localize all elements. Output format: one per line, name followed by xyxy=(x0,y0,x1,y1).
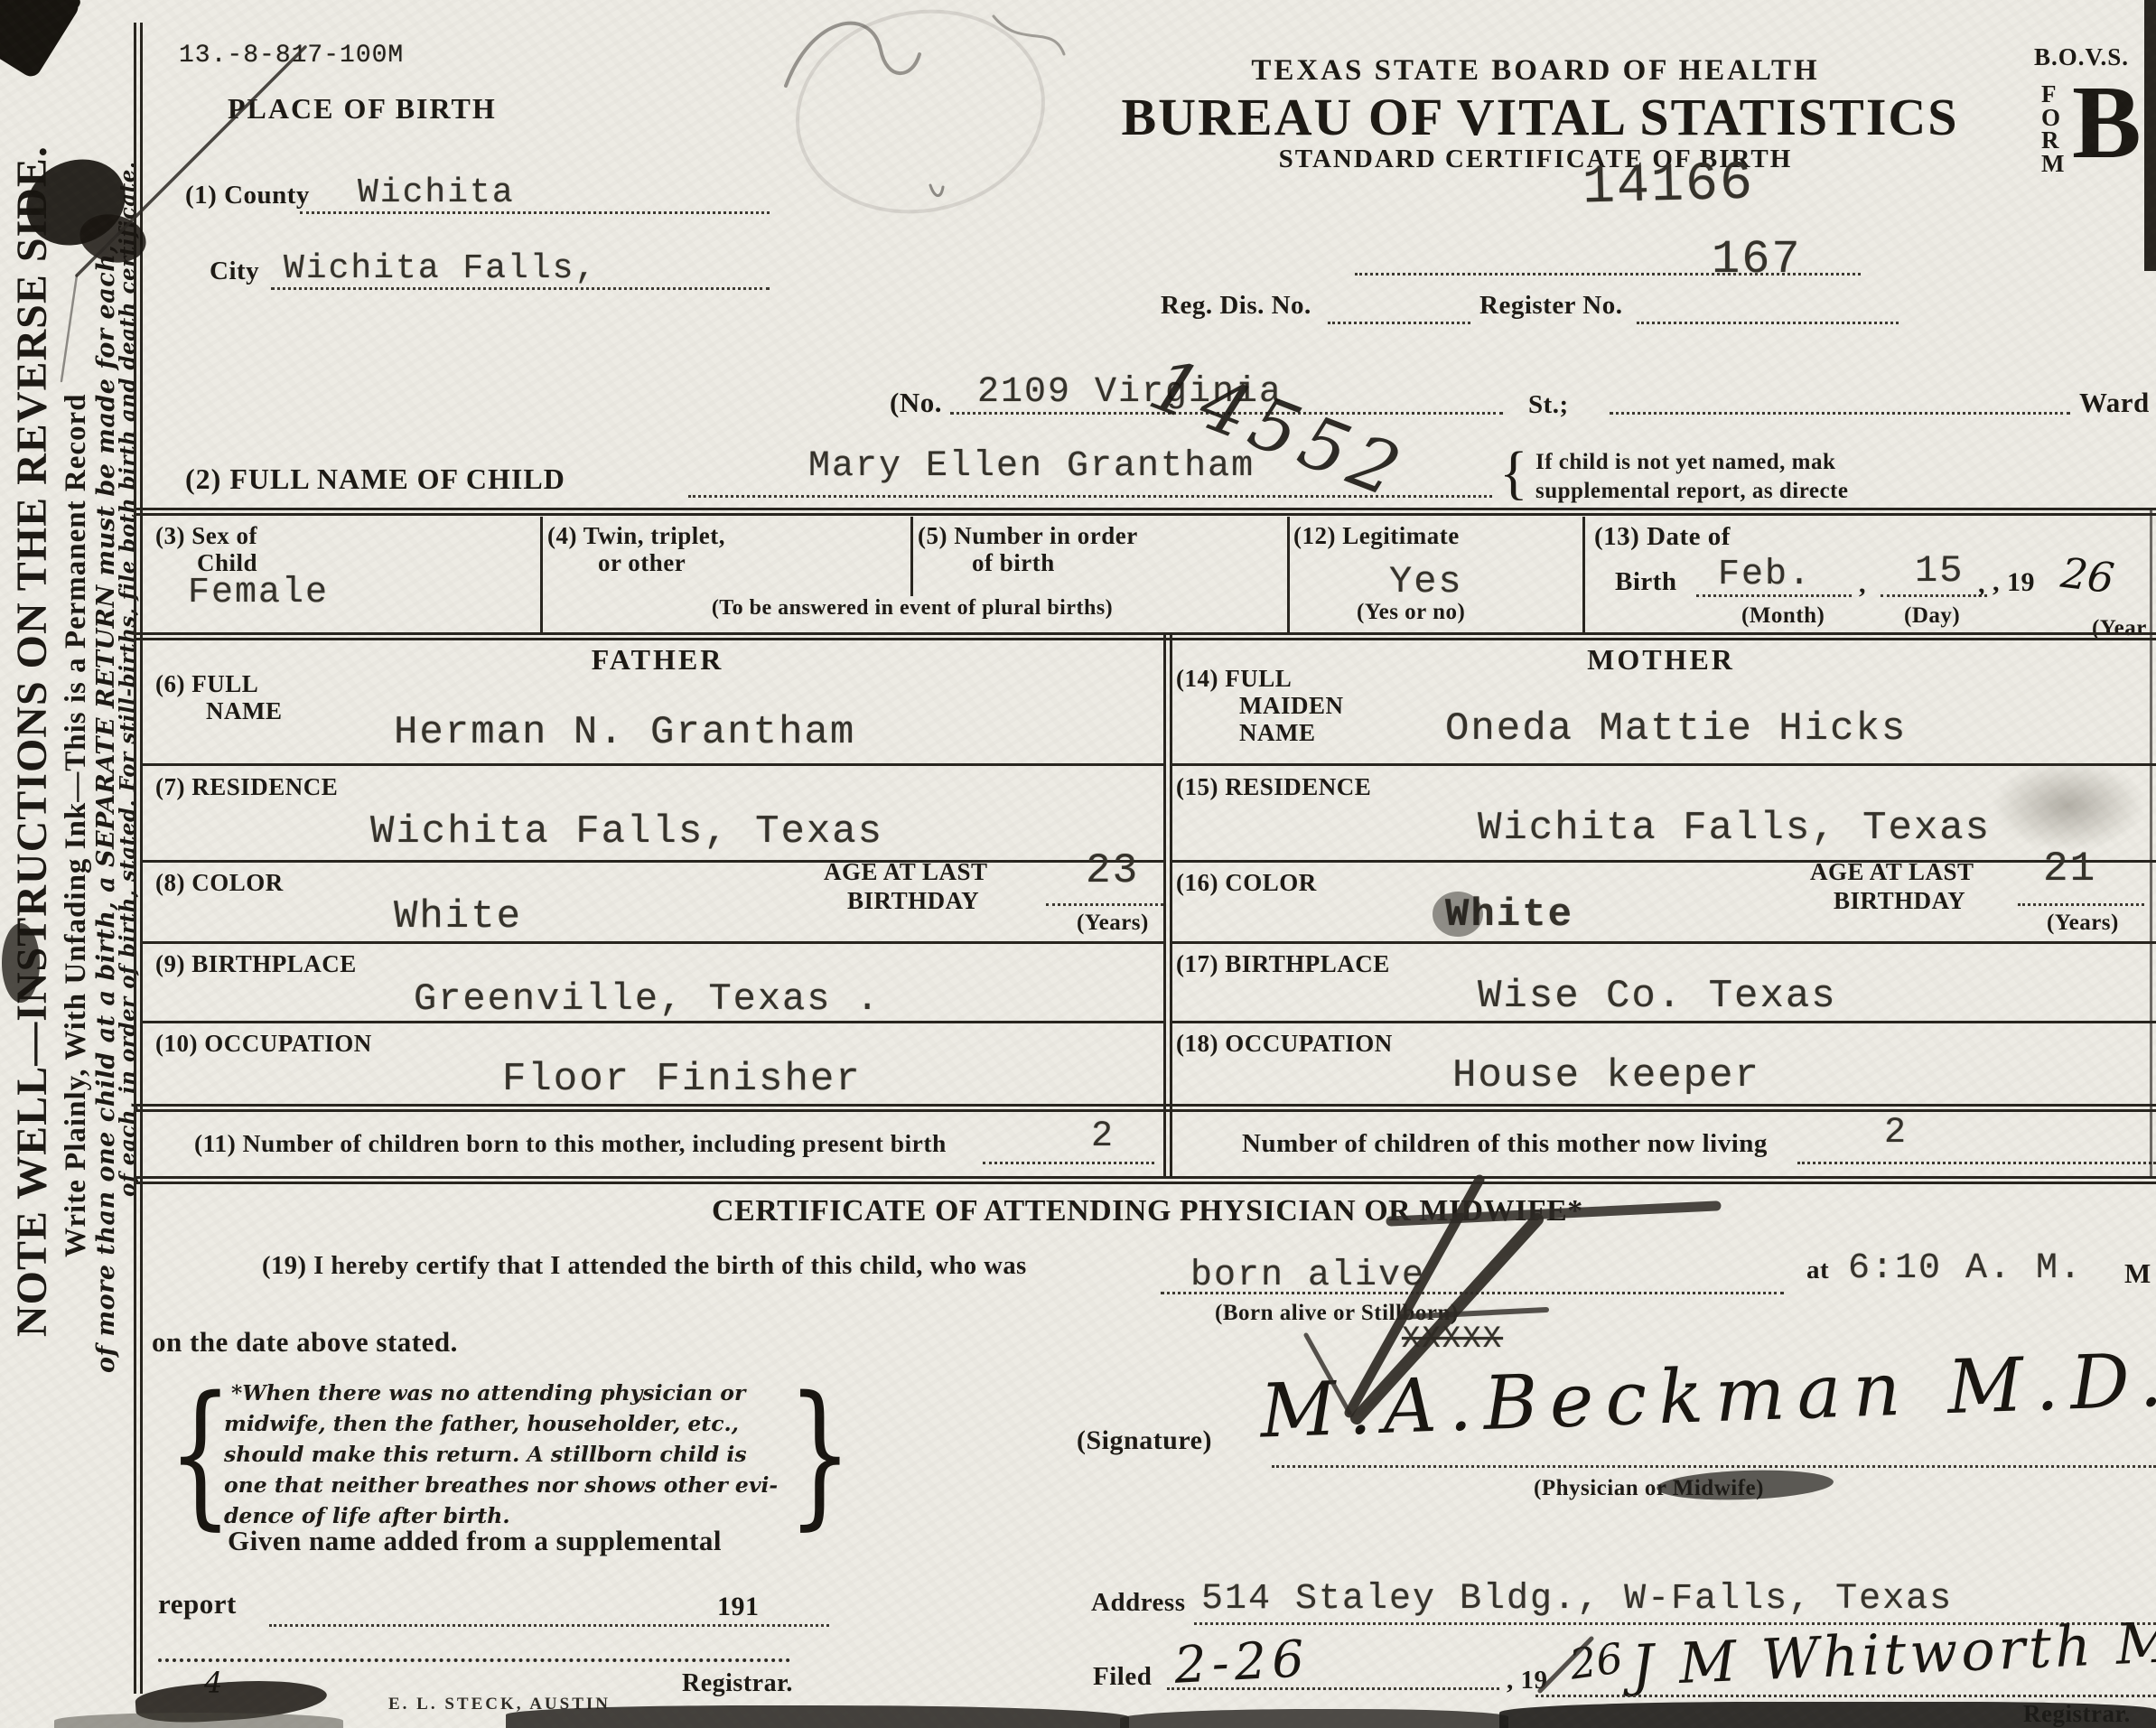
mother-residence-value: Wichita Falls, Texas xyxy=(1478,806,1991,851)
register-no-value: 167 xyxy=(1712,233,1802,286)
header-bureau: BUREAU OF VITAL STATISTICS xyxy=(1039,87,2041,147)
physician-or-midwife-note: (Physician or Midwife) xyxy=(1534,1476,1764,1501)
registrar-right-line xyxy=(1535,1695,2156,1697)
street-handwritten-number: 14552 xyxy=(1139,341,1417,515)
time-value: 6:10 A. M. xyxy=(1848,1248,2083,1289)
child-name-value: Mary Ellen Grantham xyxy=(808,446,1255,487)
day-comma: , xyxy=(1978,569,1985,600)
mother-color-value: White xyxy=(1445,892,1573,938)
mother-color-label: (16) COLOR xyxy=(1176,869,1317,897)
report-label: report xyxy=(158,1588,237,1621)
children-living-label: Number of children of this mother now li… xyxy=(1242,1129,1768,1159)
father-name-value: Herman N. Grantham xyxy=(394,710,855,755)
rule-parents-top xyxy=(134,632,2156,640)
father-birthplace-value: Greenville, Texas . xyxy=(414,977,881,1021)
bovs-form-letter: B xyxy=(2072,70,2142,174)
child-name-label: (2) FULL NAME OF CHILD xyxy=(185,462,565,496)
unnamed-note-brace: { xyxy=(1499,439,1528,508)
footnote-brace-close: } xyxy=(788,1364,853,1545)
father-age-label-2: BIRTHDAY xyxy=(847,887,979,915)
day-value: 15 xyxy=(1915,549,1964,593)
sex-label-1: (3) Sex of xyxy=(155,522,257,550)
filed-year-print: , 19 xyxy=(1507,1666,1548,1695)
children-living-value: 2 xyxy=(1884,1113,1908,1154)
report-year-print: 191 xyxy=(714,1592,763,1622)
father-residence-label: (7) RESIDENCE xyxy=(155,773,338,801)
month-note: (Month) xyxy=(1741,603,1825,629)
day-line xyxy=(1881,594,1987,597)
rule-father-color xyxy=(143,941,1163,944)
plural-births-note: (To be answered in event of plural birth… xyxy=(542,596,1283,621)
county-label: (1) County xyxy=(185,181,310,210)
physician-note-2: Midwife) xyxy=(1673,1476,1764,1500)
legitimate-value: Yes xyxy=(1389,560,1463,603)
mother-birthplace-label: (17) BIRTHPLACE xyxy=(1176,950,1390,978)
reg-dis-label: Reg. Dis. No. xyxy=(1161,291,1311,321)
bovs-form-word: FORM xyxy=(2041,83,2065,176)
footnote-line-2: midwife, then the father, householder, e… xyxy=(224,1411,739,1436)
twin-label-1: (4) Twin, triplet, xyxy=(547,522,725,550)
unnamed-note-line-2: supplemental report, as directe xyxy=(1535,479,1848,504)
rule-occupation-bottom xyxy=(134,1104,2156,1112)
children-born-label: (11) Number of children born to this mot… xyxy=(194,1129,947,1158)
father-color-label: (8) COLOR xyxy=(155,869,284,897)
mother-name-value: Oneda Mattie Hicks xyxy=(1445,706,1907,752)
father-residence-value: Wichita Falls, Texas xyxy=(370,809,883,855)
filed-line xyxy=(1167,1687,1499,1690)
ward-line xyxy=(1610,412,2070,415)
father-name-label-2: NAME xyxy=(206,697,283,725)
m-trailing: M xyxy=(2124,1257,2151,1290)
born-alive-note-2: Stillborn) xyxy=(1361,1301,1459,1325)
date-of-label: (13) Date of xyxy=(1594,522,1731,552)
city-value: Wichita Falls, xyxy=(284,249,597,288)
footnote-brace-open: { xyxy=(168,1364,233,1545)
mother-birthplace-value: Wise Co. Texas xyxy=(1478,974,1837,1019)
ward-label: Ward xyxy=(2079,387,2150,419)
child-name-line xyxy=(688,495,1492,498)
smudge-mother-residence xyxy=(1992,761,2145,851)
sex-value: Female xyxy=(188,573,329,613)
divider-twin-order xyxy=(910,517,913,596)
torn-bottom-strip-1 xyxy=(506,1705,1129,1728)
legitimate-label: (12) Legitimate xyxy=(1293,522,1460,550)
divider-legitimate-date xyxy=(1582,517,1585,632)
rule-father-residence xyxy=(143,860,1163,863)
sidebar-write-plainly: Write Plainly, With Unfading Ink—This is… xyxy=(60,393,93,1257)
children-living-line xyxy=(1797,1162,2156,1164)
crease-line-tail xyxy=(61,276,77,381)
children-born-value: 2 xyxy=(1091,1116,1115,1157)
torn-bottom-strip-2 xyxy=(1120,1709,1508,1728)
mother-age-note: (Years) xyxy=(2047,911,2119,936)
edge-right-table-border xyxy=(2150,510,2152,1179)
physician-note-1: (Physician or xyxy=(1534,1476,1673,1500)
at-label: at xyxy=(1806,1256,1829,1285)
address-value: 514 Staley Bldg., W-Falls, Texas xyxy=(1201,1579,1953,1620)
father-age-note: (Years) xyxy=(1077,911,1149,936)
month-comma: , xyxy=(1859,569,1866,600)
mother-age-label-1: AGE AT LAST xyxy=(1810,858,1974,886)
signature-line xyxy=(1272,1465,2156,1468)
year-hand-value: 26 xyxy=(2058,548,2117,603)
mother-age-label-2: BIRTHDAY xyxy=(1834,887,1965,915)
mother-age-line xyxy=(2018,903,2144,906)
signature-label: (Signature) xyxy=(1077,1425,1212,1456)
legitimate-note: (Yes or no) xyxy=(1357,600,1465,625)
mother-name-label-1: (14) FULL xyxy=(1176,665,1292,693)
header-board: TEXAS STATE BOARD OF HEALTH xyxy=(1156,54,1915,88)
filed-label: Filed xyxy=(1093,1662,1152,1692)
twin-label-2: or other xyxy=(598,549,686,577)
sidebar-note-well: NOTE WELL—INSTRUCTIONS ON THE REVERSE SI… xyxy=(7,145,57,1337)
rule-father-name xyxy=(143,763,1163,766)
place-of-birth-heading: PLACE OF BIRTH xyxy=(228,92,497,126)
header-standard: STANDARD CERTIFICATE OF BIRTH xyxy=(1156,145,1915,174)
father-age-line xyxy=(1046,903,1163,906)
certify-text: (19) I hereby certify that I attended th… xyxy=(262,1252,1027,1281)
year-print: , 19 xyxy=(1993,567,2035,598)
physician-heading: CERTIFICATE OF ATTENDING PHYSICIAN OR MI… xyxy=(712,1194,1583,1228)
form-number: 13.-8-817-100M xyxy=(179,42,404,70)
cert-number-value: 14166 xyxy=(1582,154,1755,220)
father-age-value: 23 xyxy=(1086,847,1139,894)
father-birthplace-label: (9) BIRTHPLACE xyxy=(155,950,357,978)
unnamed-note-line-1: If child is not yet named, mak xyxy=(1535,450,1835,475)
father-name-label-1: (6) FULL xyxy=(155,670,258,698)
stamp-circle-artifact xyxy=(777,0,1064,236)
order-label-2: of birth xyxy=(972,549,1055,577)
children-born-line xyxy=(983,1162,1154,1164)
edge-right-strip xyxy=(2144,0,2156,271)
address-label: Address xyxy=(1091,1588,1186,1618)
physician-heading-struck: OR MIDWIFE* xyxy=(1364,1194,1583,1228)
birth-certificate-scan: NOTE WELL—INSTRUCTIONS ON THE REVERSE SI… xyxy=(0,0,2156,1728)
footnote-line-3: should make this return. A stillborn chi… xyxy=(224,1442,747,1467)
county-value: Wichita xyxy=(358,173,515,212)
rule-left-margin xyxy=(134,23,143,1694)
mother-name-label-2: MAIDEN xyxy=(1239,692,1344,720)
registrar-left-label: Registrar. xyxy=(682,1669,793,1698)
birth-label: Birth xyxy=(1615,567,1677,597)
footnote-line-4: one that neither breathes nor shows othe… xyxy=(224,1472,778,1498)
rule-physician-top xyxy=(134,1176,2156,1184)
xxxxx-strike: XXXXX xyxy=(1402,1322,1503,1357)
torn-bottom-strip-4 xyxy=(54,1713,343,1728)
mother-age-value: 21 xyxy=(2043,845,2096,892)
divider-order-legitimate xyxy=(1287,517,1290,632)
torn-bottom-strip-3 xyxy=(1499,1702,2156,1728)
order-label-1: (5) Number in order xyxy=(918,522,1138,550)
born-alive-note-1: (Born alive or xyxy=(1215,1301,1361,1325)
report-line xyxy=(269,1624,829,1627)
father-heading: FATHER xyxy=(477,643,838,677)
st-label: St.; xyxy=(1528,390,1569,420)
father-age-label-1: AGE AT LAST xyxy=(824,858,988,886)
rule-mother-birthplace xyxy=(1172,1021,2156,1023)
mother-name-label-3: NAME xyxy=(1239,719,1316,747)
rule-father-birthplace xyxy=(143,1021,1163,1023)
month-value: Feb. xyxy=(1718,555,1812,595)
register-no-label: Register No. xyxy=(1479,291,1622,321)
divider-father-mother xyxy=(1163,632,1172,1178)
mother-residence-label: (15) RESIDENCE xyxy=(1176,773,1371,801)
city-label: City xyxy=(210,257,259,286)
born-alive-value: born alive xyxy=(1190,1256,1425,1296)
filed-date-value: 2-26 xyxy=(1172,1630,1311,1695)
street-no-label: (No. xyxy=(890,387,942,419)
father-occupation-value: Floor Finisher xyxy=(502,1057,862,1102)
rule-row-top xyxy=(134,508,2156,516)
rule-mother-name xyxy=(1172,763,2156,766)
father-color-value: White xyxy=(394,894,522,939)
mother-occupation-label: (18) OCCUPATION xyxy=(1176,1030,1393,1058)
rule-mother-color xyxy=(1172,941,2156,944)
footnote-line-1: *When there was no attending physician o… xyxy=(231,1380,745,1406)
date-stated-text: on the date above stated. xyxy=(152,1326,458,1359)
supplemental-line-1: Given name added from a supplemental xyxy=(228,1525,722,1557)
ink-drop-left xyxy=(2,923,40,1003)
physician-heading-main: CERTIFICATE OF ATTENDING PHYSICIAN xyxy=(712,1194,1364,1228)
physician-signature: M.A.Beckman M.D. xyxy=(1259,1337,2156,1454)
mother-heading: MOTHER xyxy=(1480,643,1842,677)
filed-year-hand: 26 xyxy=(1567,1633,1626,1689)
day-note: (Day) xyxy=(1904,603,1960,629)
register-no-line xyxy=(1637,322,1899,324)
father-occupation-label: (10) OCCUPATION xyxy=(155,1030,372,1058)
rule-mother-residence xyxy=(1172,860,2156,863)
mother-occupation-value: House keeper xyxy=(1452,1053,1760,1098)
reg-dis-line xyxy=(1328,322,1470,324)
registrar-left-line xyxy=(158,1658,790,1662)
